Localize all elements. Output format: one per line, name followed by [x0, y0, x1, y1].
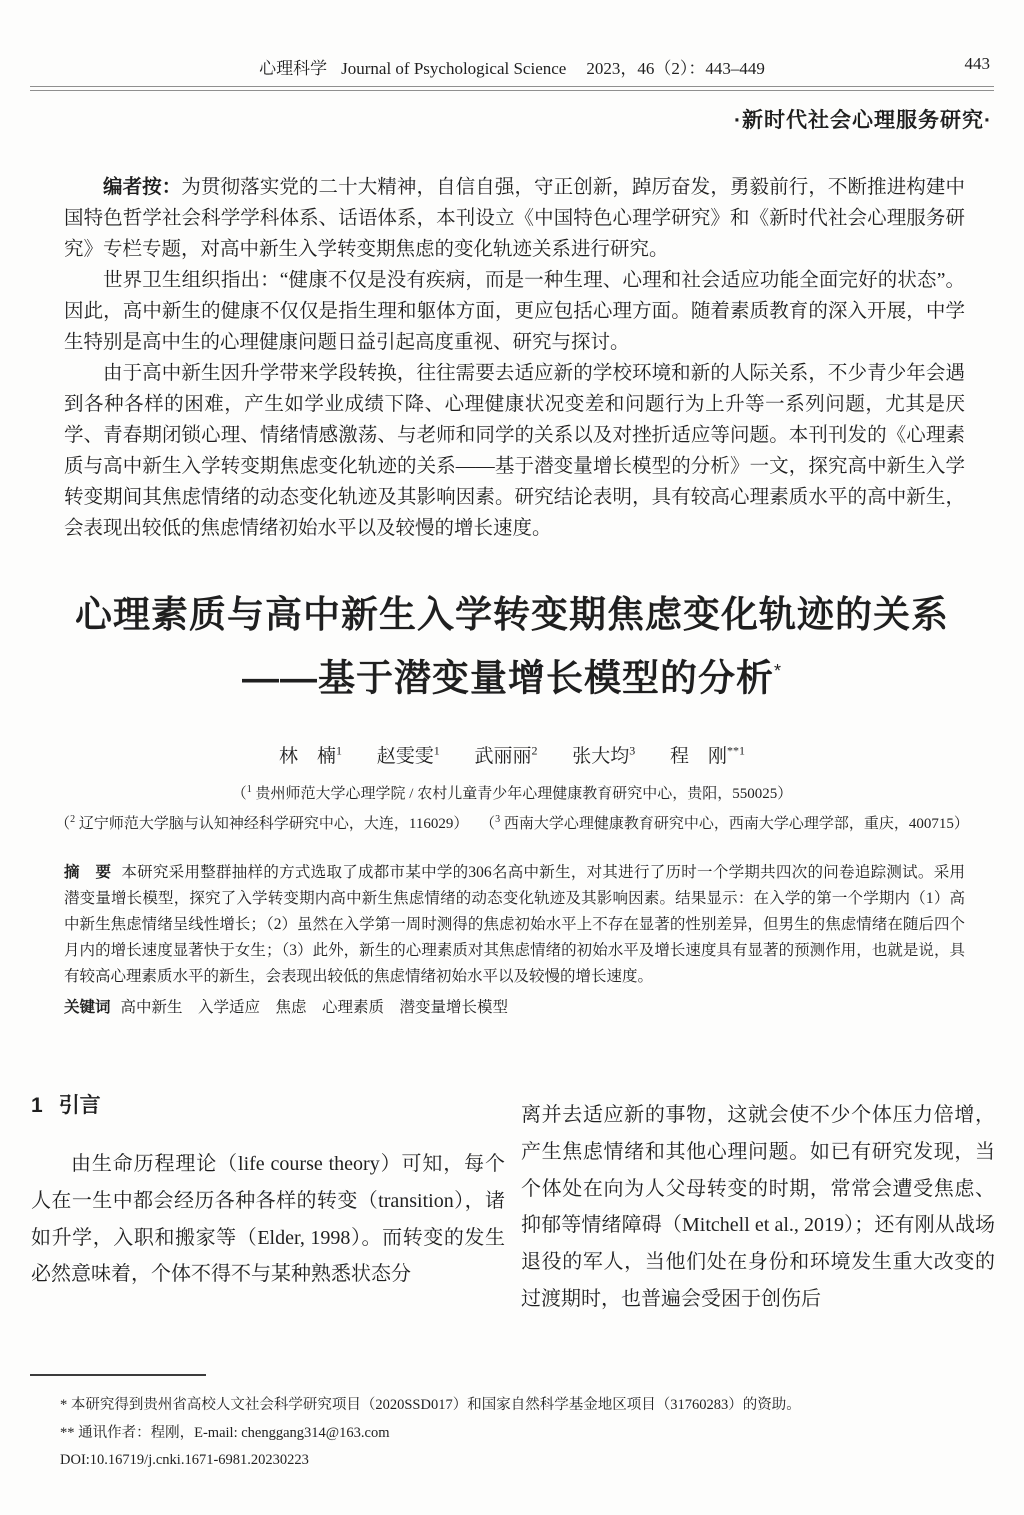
affiliation-text: 贵州师范大学心理学院 / 农村儿童青少年心理健康教育研究中心，贵阳，550025…	[252, 786, 792, 802]
issue-info: 2023，46（2）：443–449	[586, 59, 765, 78]
title-footnote-marker: *	[774, 661, 782, 681]
author-superscript: 1	[336, 744, 342, 758]
affiliation-open-paren: （	[55, 816, 70, 832]
journal-title-cn: 心理科学	[259, 59, 327, 78]
abstract: 摘 要本研究采用整群抽样的方式选取了成都市某中学的306名高中新生，对其进行了历…	[64, 860, 965, 990]
affiliations: （1 贵州师范大学心理学院 / 农村儿童青少年心理健康教育研究中心，贵阳，550…	[0, 777, 1024, 837]
paper-page: 心理科学Journal of Psychological Science2023…	[0, 0, 1024, 1515]
editor-note-para-3: 由于高中新生因升学带来学段转换，往往需要去适应新的学校环境和新的人际关系，不少青…	[64, 358, 965, 544]
article-title-line-2-text: ——基于潜变量增长模型的分析	[242, 657, 774, 698]
affiliation-open-paren: （	[480, 816, 495, 832]
author: 林 楠1	[279, 741, 342, 768]
authors-row: 林 楠1 赵雯雯1 武丽丽2 张大均3 程 刚**1	[0, 741, 1024, 768]
abstract-label: 摘 要	[64, 864, 111, 881]
author-superscript: 1	[434, 744, 440, 758]
affiliation-text: 辽宁师范大学脑与认知神经科学研究中心，大连，116029）	[75, 816, 468, 832]
affiliation-open-paren: （	[232, 786, 247, 802]
keywords: 关键词高中新生 入学适应 焦虑 心理素质 潜变量增长模型	[64, 995, 965, 1021]
footnote-divider	[30, 1374, 206, 1376]
footnotes: * 本研究得到贵州省高校人文社会科学研究项目（2020SSD017）和国家自然科…	[60, 1392, 980, 1475]
header-double-rule	[30, 86, 994, 91]
author: 武丽丽2	[474, 741, 537, 768]
body-right-column: 离并去适应新的事物，这就会使不少个体压力倍增，产生焦虑情绪和其他心理问题。如已有…	[521, 1097, 995, 1318]
section-heading-introduction: 1引言	[31, 1092, 505, 1120]
editor-note-para-1-text: 为贯彻落实党的二十大精神，自信自强，守正创新，踔厉奋发，勇毅前行，不断推进构建中…	[64, 177, 965, 260]
journal-header: 心理科学Journal of Psychological Science2023…	[30, 54, 994, 82]
editor-note-label: 编者按：	[103, 176, 181, 198]
abstract-text: 本研究采用整群抽样的方式选取了成都市某中学的306名高中新生，对其进行了历时一个…	[64, 864, 965, 985]
keywords-label: 关键词	[64, 999, 111, 1016]
page-number: 443	[965, 54, 991, 74]
footnote-funding: * 本研究得到贵州省高校人文社会科学研究项目（2020SSD017）和国家自然科…	[60, 1392, 980, 1420]
article-title-line-1: 心理素质与高中新生入学转变期焦虑变化轨迹的关系	[0, 586, 1024, 643]
section-number: 1	[31, 1094, 43, 1117]
footnote-corresponding-author: ** 通讯作者：程刚，E-mail: chenggang314@163.com	[60, 1420, 980, 1448]
special-column-label: ·新时代社会心理服务研究·	[734, 104, 992, 134]
editor-note: 编者按：为贯彻落实党的二十大精神，自信自强，守正创新，踔厉奋发，勇毅前行，不断推…	[64, 172, 965, 544]
body-left-column: 1引言 由生命历程理论（life course theory）可知，每个人在一生…	[31, 1092, 505, 1293]
author-name: 程 刚	[670, 746, 727, 767]
intro-paragraph-right: 离并去适应新的事物，这就会使不少个体压力倍增，产生焦虑情绪和其他心理问题。如已有…	[521, 1097, 995, 1318]
article-title-line-2: ——基于潜变量增长模型的分析*	[0, 643, 1024, 706]
affiliation-1: （1 贵州师范大学心理学院 / 农村儿童青少年心理健康教育研究中心，贵阳，550…	[232, 786, 792, 802]
affiliation-2: （2 辽宁师范大学脑与认知神经科学研究中心，大连，116029）	[55, 816, 468, 832]
author-name: 林 楠	[279, 746, 336, 767]
author-superscript: 3	[629, 744, 635, 758]
author-name: 赵雯雯	[377, 746, 434, 767]
author-superscript: **1	[727, 744, 745, 758]
affiliation-3: （3 西南大学心理健康教育研究中心，西南大学心理学部，重庆，400715）	[480, 816, 969, 832]
affiliation-text: 西南大学心理健康教育研究中心，西南大学心理学部，重庆，400715）	[500, 816, 969, 832]
intro-paragraph-left: 由生命历程理论（life course theory）可知，每个人在一生中都会经…	[31, 1146, 505, 1293]
author: 程 刚**1	[670, 741, 745, 768]
author: 赵雯雯1	[377, 741, 440, 768]
author-name: 张大均	[572, 746, 629, 767]
affiliation-line-1: （1 贵州师范大学心理学院 / 农村儿童青少年心理健康教育研究中心，贵阳，550…	[0, 777, 1024, 807]
author-name: 武丽丽	[474, 746, 531, 767]
affiliation-line-2: （2 辽宁师范大学脑与认知神经科学研究中心，大连，116029） （3 西南大学…	[0, 807, 1024, 837]
author: 张大均3	[572, 741, 635, 768]
journal-header-center: 心理科学Journal of Psychological Science2023…	[30, 54, 994, 79]
keywords-list: 高中新生 入学适应 焦虑 心理素质 潜变量增长模型	[121, 999, 509, 1016]
section-title: 引言	[59, 1094, 101, 1117]
editor-note-para-2: 世界卫生组织指出：“健康不仅是没有疾病，而是一种生理、心理和社会适应功能全面完好…	[64, 265, 965, 358]
abstract-block: 摘 要本研究采用整群抽样的方式选取了成都市某中学的306名高中新生，对其进行了历…	[64, 860, 965, 1021]
journal-title-en: Journal of Psychological Science	[341, 59, 566, 78]
article-title: 心理素质与高中新生入学转变期焦虑变化轨迹的关系 ——基于潜变量增长模型的分析*	[0, 586, 1024, 706]
doi-line: DOI:10.16719/j.cnki.1671-6981.20230223	[60, 1447, 980, 1475]
editor-note-para-1: 编者按：为贯彻落实党的二十大精神，自信自强，守正创新，踔厉奋发，勇毅前行，不断推…	[64, 172, 965, 265]
author-superscript: 2	[532, 744, 538, 758]
